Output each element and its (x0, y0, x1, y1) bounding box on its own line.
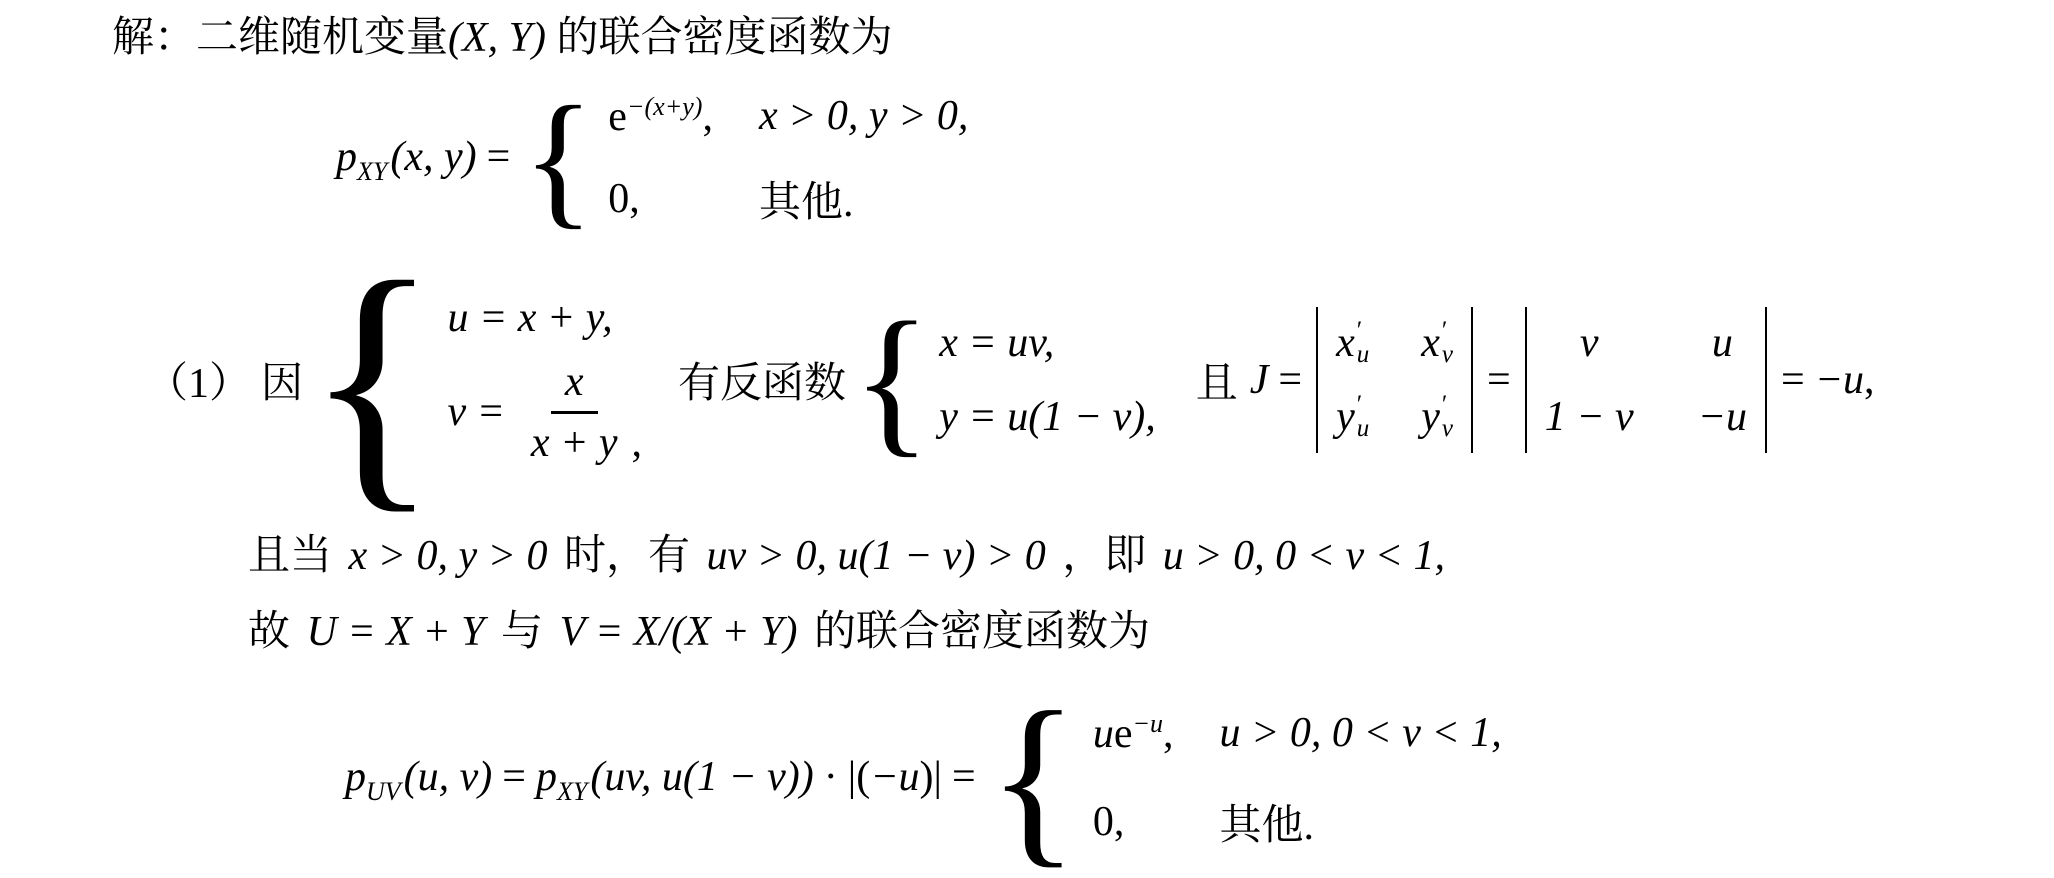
det-entry-1-minus-v: 1 − v (1545, 393, 1634, 441)
puv-rhs-func-args: (uv, u(1 − v)) (590, 754, 813, 800)
fraction-denominator: x + y (517, 414, 632, 467)
exp-superscript: −(x+y) (627, 92, 703, 121)
puv-case1-condition: u > 0, 0 < v < 1, (1220, 709, 1502, 757)
prime-sub-stack: ′u (1357, 319, 1370, 367)
prime-sub-stack: ′u (1357, 393, 1370, 441)
puv-func-name: p (345, 754, 366, 800)
sub-var: u (1357, 343, 1370, 367)
jacobian-determinant-partials: x′u x′v y′u y′v (1316, 307, 1473, 453)
value-comma: , (702, 94, 713, 140)
abs-open: |( (848, 754, 870, 800)
conclusion-seg3: 的联合密度函数为 (814, 609, 1150, 655)
conclusion-seg1: 故 (248, 609, 290, 655)
domain-seg1: 且当 (248, 533, 332, 579)
prime-mark: ′ (1357, 319, 1362, 343)
prime-mark: ′ (1442, 393, 1447, 417)
domain-seg3: ，即 (1062, 533, 1146, 579)
intro-tail: 的联合密度函数为 (557, 15, 893, 61)
pxy-case1-value: e−(x+y), (608, 92, 713, 141)
conclusion-line: 故 U = X + Y 与 V = X/(X + Y) 的联合密度函数为 (248, 598, 1150, 658)
exp-base: e (608, 94, 627, 140)
abs-value: −u (870, 754, 919, 800)
item-number: （1） (146, 350, 251, 410)
puv-func-args: (u, v) (404, 754, 493, 800)
conclusion-seg2: 与 (501, 609, 543, 655)
left-brace: { (852, 310, 931, 450)
det-entry-base: y (1336, 393, 1355, 441)
exp-superscript: −u (1132, 709, 1163, 738)
jacobian-determinant-values: v u 1 − v −u (1525, 307, 1767, 453)
left-brace: { (988, 699, 1079, 861)
prime-mark: ′ (1442, 319, 1447, 343)
pxy-func-name: p (336, 134, 357, 180)
puv-rhs-func-name: p (536, 754, 557, 800)
conclusion-math1: U = X + Y (307, 609, 485, 655)
equals-sign: = (1278, 356, 1302, 404)
puv-lhs: pUV(u, v)=pXY(uv, u(1 − v))·|(−u)|= (345, 753, 986, 806)
domain-math3: u > 0, 0 < v < 1, (1163, 533, 1445, 579)
fraction-x-over-x-plus-y: x x + y (517, 358, 632, 467)
system-uv: u = x + y, v = x x + y , (447, 294, 642, 467)
cdot-sign: · (824, 754, 838, 800)
det-entry-yv: y′v (1421, 393, 1453, 441)
prime-mark: ′ (1357, 393, 1362, 417)
puv-case1-value: ue−u, (1093, 709, 1174, 758)
equals-sign: = (487, 134, 511, 180)
puv-rhs-func-sub: XY (557, 777, 587, 806)
puv-case2-condition: 其他. (1220, 792, 1315, 852)
pxy-case1-condition: x > 0, y > 0, (759, 92, 968, 140)
equation-puv: pUV(u, v)=pXY(uv, u(1 − v))·|(−u)|= { ue… (345, 684, 1502, 876)
sub-var: v (1442, 417, 1453, 441)
puv-case2-value: 0, (1093, 798, 1125, 846)
sub-var: u (1357, 417, 1370, 441)
prime-sub-stack: ′v (1442, 393, 1453, 441)
pxy-func-sub: XY (357, 157, 387, 186)
step1-line: （1） 因 { u = x + y, v = x x + y , 有反函数 { … (146, 242, 1875, 518)
and-label: 且 (1196, 350, 1238, 410)
row2-comma: , (632, 419, 643, 467)
det-entry-base: x (1421, 319, 1440, 367)
det-entry-base: y (1421, 393, 1440, 441)
left-brace: { (522, 96, 594, 224)
because-label: 因 (261, 350, 303, 410)
sys-xy-row2: y = u(1 − v), (939, 393, 1155, 441)
solution-label: 解： (112, 15, 196, 61)
sub-var: v (1442, 343, 1453, 367)
det-entry-xu: x′u (1336, 319, 1369, 367)
jacobian-name: J (1250, 356, 1269, 404)
inverse-function-label: 有反函数 (678, 350, 846, 410)
pxy-func-args: (x, y) (390, 134, 476, 180)
equation-pxy: pXY(x, y)= { e−(x+y), x > 0, y > 0, 0, 其… (336, 86, 968, 234)
sys-xy-row1: x = uv, (939, 319, 1054, 367)
sys-uv-row1: u = x + y, (447, 294, 612, 342)
det-entry-base: x (1336, 319, 1355, 367)
left-brace: { (305, 261, 439, 499)
pxy-cases: e−(x+y), x > 0, y > 0, 0, 其他. (608, 92, 968, 229)
domain-line: 且当 x > 0, y > 0 时，有 uv > 0, u(1 − v) > 0… (248, 522, 1451, 582)
prime-sub-stack: ′v (1442, 319, 1453, 367)
pxy-lhs: pXY(x, y)= (336, 133, 520, 186)
domain-math2: uv > 0, u(1 − v) > 0 (707, 533, 1046, 579)
domain-math1: x > 0, y > 0 (349, 533, 548, 579)
fraction-numerator: x (551, 358, 598, 414)
equals-sign: = (952, 754, 976, 800)
pxy-case2-value: 0, (608, 175, 640, 223)
puv-cases: ue−u, u > 0, 0 < v < 1, 0, 其他. (1093, 709, 1502, 852)
equals-sign: = (502, 754, 526, 800)
conclusion-math2: V = X/(X + Y) (560, 609, 798, 655)
det-entry-xv: x′v (1421, 319, 1453, 367)
value-comma: , (1163, 711, 1174, 757)
value-pre: u (1093, 711, 1114, 757)
det-entry-u: u (1712, 319, 1733, 367)
det-entry-yu: y′u (1336, 393, 1369, 441)
abs-close: )| (920, 754, 942, 800)
v-equals: v = (447, 388, 504, 436)
sys-uv-row2: v = x x + y , (447, 358, 642, 467)
jacobian-tail-comma: , (1864, 356, 1875, 404)
pxy-case2-condition: 其他. (759, 169, 854, 229)
equals-sign: = (1487, 356, 1511, 404)
equals-sign: = (1781, 356, 1805, 404)
system-xy: x = uv, y = u(1 − v), (939, 319, 1155, 441)
puv-func-sub: UV (366, 777, 401, 806)
det-entry-v: v (1580, 319, 1599, 367)
intro-line: 解：二维随机变量(X, Y) 的联合密度函数为 (112, 4, 893, 64)
intro-text: 二维随机变量 (196, 15, 448, 61)
domain-seg2: 时，有 (564, 533, 690, 579)
exp-base: e (1114, 711, 1133, 757)
intro-math-xy: (X, Y) (448, 15, 546, 61)
jacobian-result: −u (1815, 356, 1864, 404)
det-entry-minus-u: −u (1698, 393, 1747, 441)
